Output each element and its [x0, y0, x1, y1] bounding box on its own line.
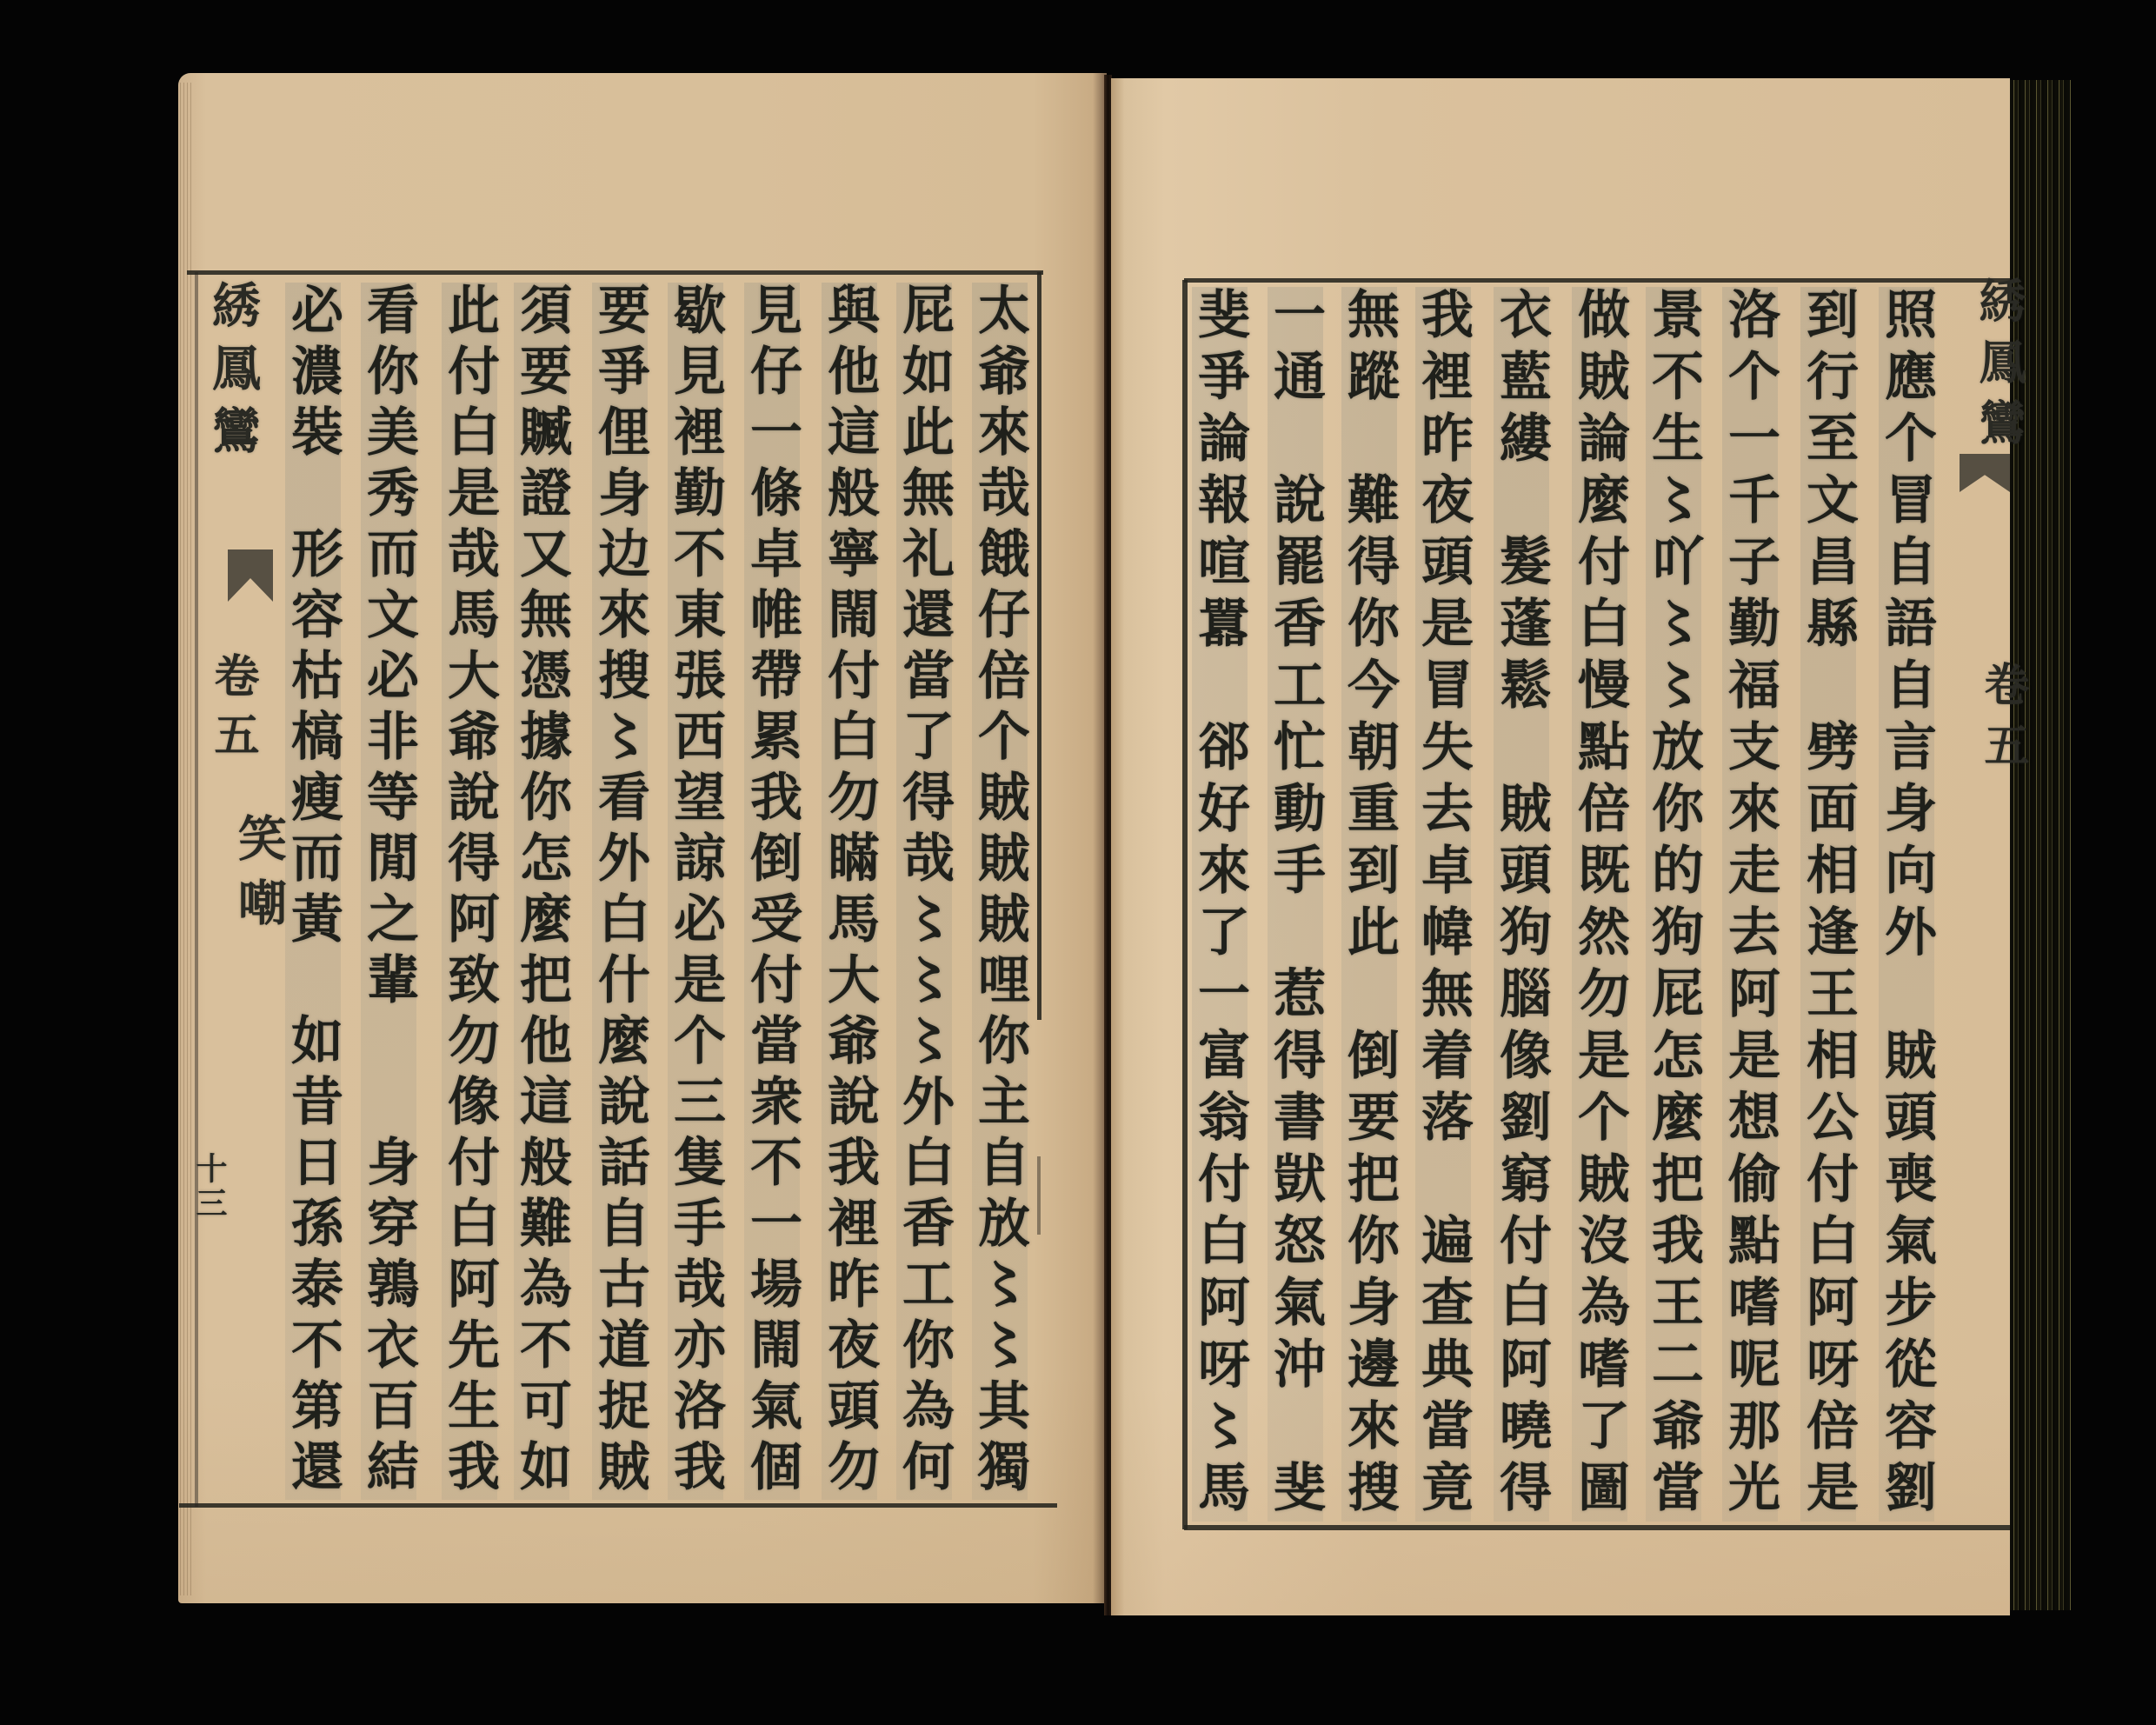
left-text-column-9: 看你美秀而文必非等閒之輩 身穿鶉衣百結: [361, 283, 416, 1500]
right-text-column-9: 一通 說罷香工忙動手 惹得書獃怒氣沖 斐: [1268, 287, 1323, 1522]
right-text-column-1: 照應个冒自語自言身向外 賊頭喪氣步從容劉: [1879, 287, 1934, 1522]
left-text-column-5: 歇見裡勤不東張西望諒必是个三隻手哉亦洛我: [668, 283, 723, 1500]
left-frame-top-rule: [187, 270, 1043, 275]
left-text-column-3: 與他這般寧閙付白勿瞞馬大爺說我裡昨夜頭勿: [822, 283, 877, 1500]
left-text-column-1: 太爺來哉餓仔倍个賊賊賊哩你主自放〻〻其獨: [972, 283, 1028, 1500]
left-text-column-10: 必濃裝 形容枯槁瘦而黃 如昔日孫泰不第還: [285, 283, 341, 1500]
left-text-column-2: 屁如此無礼還當了得哉〻〻〻外白香工你為何: [896, 283, 952, 1500]
right-text-column-10: 斐爭論報喧囂 郤好來了一富翁付白阿呀〻馬: [1192, 287, 1248, 1522]
left-page-edges: [180, 83, 194, 1595]
right-frame-bottom-rule: [1184, 1525, 2010, 1530]
right-text-column-6: 衣藍縷 髮蓬鬆 賊頭狗腦像劉窮付白阿曉得: [1494, 287, 1549, 1522]
left-frame-right-rule: [1037, 272, 1041, 1020]
right-text-column-3: 洛个一千子勤福支來走去阿是想偷點嗜呢那光: [1722, 287, 1778, 1522]
left-text-column-4: 見仔一條卓帷帶累我倒受付當衆不一場閙氣個: [744, 283, 800, 1500]
right-text-column-4: 景不生〻吖〻〻放你的狗屁怎麼把我王二爺當: [1646, 287, 1701, 1522]
left-text-column-6: 要爭俚身边來搜〻看外白什麼說話自古道捉賊: [592, 283, 648, 1500]
left-text-column-8: 此付白是哉馬大爺說得阿致勿像付白阿先生我: [442, 283, 497, 1500]
right-margin-title: 綉鳳鸞: [1966, 276, 2033, 459]
right-frame-top-rule: [1184, 278, 2010, 283]
right-text-column-5: 做賊論麼付白慢點倍既然勿是个賊沒為嗜了圖: [1572, 287, 1627, 1522]
right-frame-left-rule: [1182, 280, 1188, 1529]
right-margin-volume: 卷五: [1970, 661, 2035, 783]
left-page-number: 十三: [188, 1152, 232, 1222]
left-frame-right-rule-lower: [1037, 1156, 1041, 1235]
right-text-column-2: 到行至文昌縣 劈面相逢王相公付白阿呀倍是: [1800, 287, 1856, 1522]
left-frame-bottom-rule: [179, 1503, 1057, 1508]
left-margin-title: 綉鳳鸞: [198, 280, 268, 468]
left-margin-volume: 卷五: [200, 652, 265, 770]
right-text-column-8: 無蹤 難得你今朝重到此 倒要把你身邊來搜: [1341, 287, 1397, 1522]
right-text-column-7: 我裡昨夜頭是冒失去卓幃無着落 遍查典當竟: [1415, 287, 1471, 1522]
left-text-column-7: 須要贓證又無憑據你怎麼把他這般難為不可如: [514, 283, 569, 1500]
